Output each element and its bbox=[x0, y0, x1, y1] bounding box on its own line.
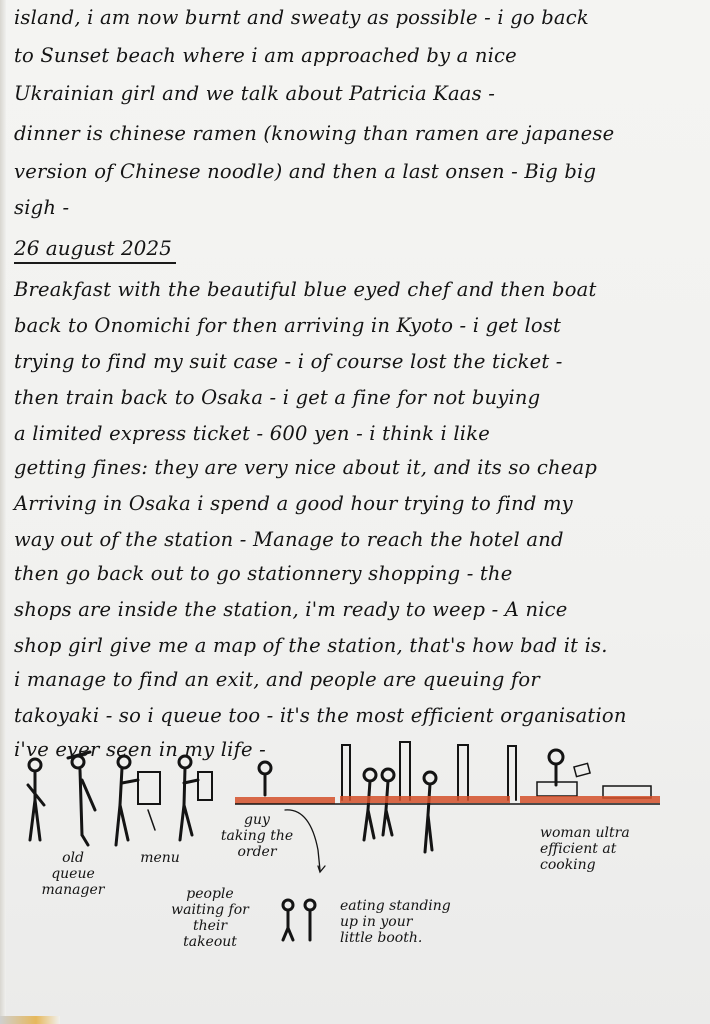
stick-figure-icon bbox=[259, 762, 271, 795]
stick-figure-icon bbox=[549, 750, 563, 785]
journal-line: a limited express ticket - 600 yen - i t… bbox=[14, 422, 490, 445]
label-waiting: people waiting for their takeout bbox=[160, 886, 260, 950]
journal-line: trying to find my suit case - i of cours… bbox=[14, 350, 563, 373]
takoyaki-stand-sketch: old queue manager menu guy taking the or… bbox=[0, 730, 710, 970]
label-queue-manager: old queue manager bbox=[38, 850, 108, 898]
stick-figure-icon bbox=[305, 900, 315, 940]
journal-line: version of Chinese noodle) and then a la… bbox=[14, 160, 596, 183]
label-eating: eating standing up in your little booth. bbox=[340, 898, 520, 946]
journal-line: getting fines: they are very nice about … bbox=[14, 456, 597, 479]
stick-figure-icon bbox=[116, 756, 138, 845]
menu-board-icon bbox=[138, 772, 160, 804]
journal-line: sigh - bbox=[14, 196, 69, 219]
journal-line: shop girl give me a map of the station, … bbox=[14, 634, 608, 657]
label-cook: woman ultra efficient at cooking bbox=[540, 825, 680, 873]
journal-line: way out of the station - Manage to reach… bbox=[14, 528, 564, 551]
journal-line: to Sunset beach where i am approached by… bbox=[14, 44, 517, 67]
journal-line: Ukrainian girl and we talk about Patrici… bbox=[14, 82, 495, 105]
journal-line: island, i am now burnt and sweaty as pos… bbox=[14, 6, 589, 29]
journal-line: i manage to find an exit, and people are… bbox=[14, 668, 540, 691]
stick-figure-icon bbox=[283, 900, 293, 940]
journal-line: back to Onomichi for then arriving in Ky… bbox=[14, 314, 561, 337]
journal-line: then go back out to go stationnery shopp… bbox=[14, 562, 512, 585]
stick-figure-icon bbox=[179, 756, 198, 840]
journal-line: then train back to Osaka - i get a fine … bbox=[14, 386, 540, 409]
stick-figure-icon bbox=[28, 759, 44, 840]
label-order-taker: guy taking the order bbox=[212, 812, 302, 860]
stick-figure-icon bbox=[424, 772, 436, 852]
stick-figure-icon bbox=[68, 752, 95, 845]
date-heading: 26 august 2025 bbox=[14, 236, 176, 264]
counter-stripe bbox=[235, 797, 335, 804]
label-menu: menu bbox=[130, 850, 190, 866]
page-corner bbox=[0, 1016, 60, 1024]
journal-line: Arriving in Osaka i spend a good hour tr… bbox=[14, 492, 573, 515]
journal-line: takoyaki - so i queue too - it's the mos… bbox=[14, 704, 627, 727]
journal-line: dinner is chinese ramen (knowing than ra… bbox=[14, 122, 614, 145]
journal-page: island, i am now burnt and sweaty as pos… bbox=[0, 0, 710, 1024]
journal-line: Breakfast with the beautiful blue eyed c… bbox=[14, 278, 597, 301]
journal-line: shops are inside the station, i'm ready … bbox=[14, 598, 568, 621]
